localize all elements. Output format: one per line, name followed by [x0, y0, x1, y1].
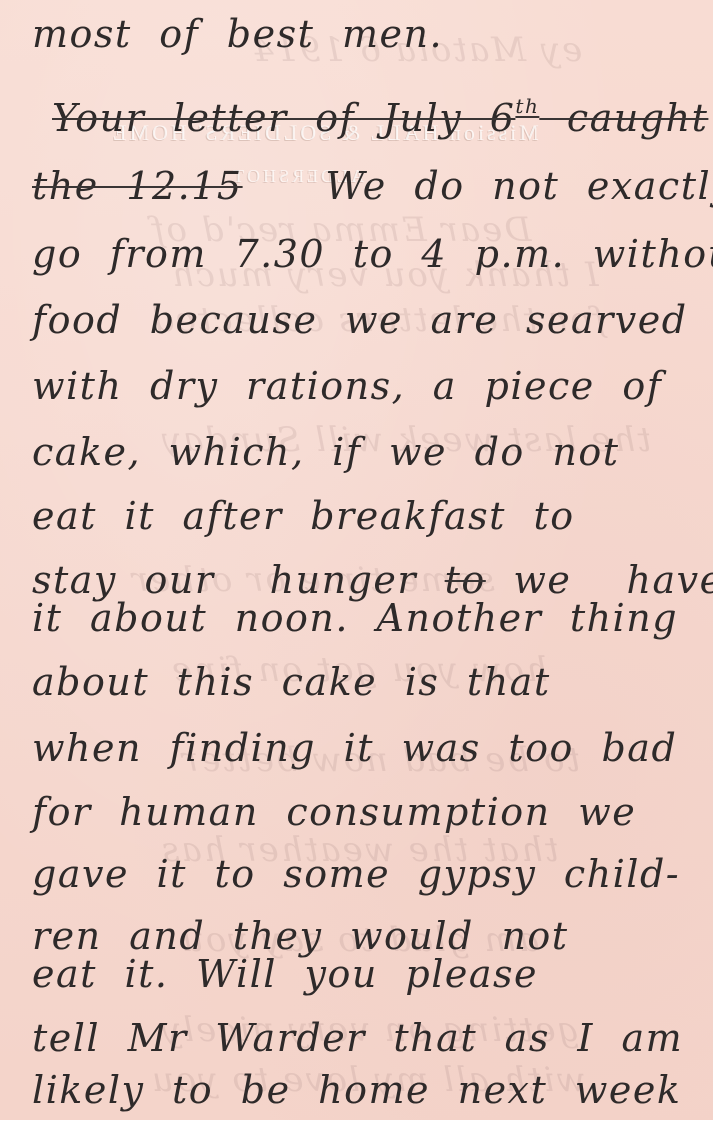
line-text: We do not exactly: [243, 164, 714, 208]
line-text: when finding it was too bad: [32, 726, 677, 770]
letter-line-7: cake, which, if we do not: [32, 430, 619, 474]
ordinal-suffix: th: [515, 94, 539, 118]
struck-words: Your letter of July 6: [52, 96, 515, 140]
line-text: eat it after breakfast to: [32, 494, 575, 538]
letter-page: ey Matola 6 1914 Dear Emma rec'd of I th…: [0, 0, 714, 1121]
letter-line-18: likely to be home next week: [32, 1068, 681, 1112]
line-text: tell Mr Warder that as I am: [32, 1016, 683, 1060]
line-text: gave it to some gypsy child-: [32, 852, 680, 896]
letter-line-2: Your letter of July 6th caught: [52, 96, 708, 140]
letter-line-14: gave it to some gypsy child-: [32, 852, 680, 896]
letter-line-6: with dry rations, a piece of: [32, 364, 662, 408]
line-text: most of best men.: [32, 12, 443, 56]
struck-words-tail: caught: [539, 96, 708, 140]
letter-line-12: when finding it was too bad: [32, 726, 677, 770]
line-text: it about noon. Another thing: [32, 596, 678, 640]
letter-line-17: tell Mr Warder that as I am: [32, 1016, 683, 1060]
struck-text: Your letter of July 6th caught: [52, 96, 708, 140]
letter-line-5: food because we are searved: [32, 298, 688, 342]
line-text: food because we are searved: [32, 298, 688, 342]
letter-line-3: the 12.15 We do not exactly: [32, 164, 714, 208]
line-text: about this cake is that: [32, 660, 551, 704]
letter-line-11: about this cake is that: [32, 660, 551, 704]
line-text: for human consumption we: [32, 790, 636, 834]
letter-line-4: go from 7.30 to 4 p.m. without: [32, 232, 714, 276]
line-text: eat it. Will you please: [32, 952, 538, 996]
line-text: likely to be home next week: [32, 1068, 681, 1112]
line-text: go from 7.30 to 4 p.m. without: [32, 232, 714, 276]
struck-text: the 12.15: [32, 164, 243, 208]
line-text: with dry rations, a piece of: [32, 364, 662, 408]
letter-line-8: eat it after breakfast to: [32, 494, 575, 538]
line-text: cake, which, if we do not: [32, 430, 619, 474]
letter-line-16: eat it. Will you please: [32, 952, 538, 996]
letter-line-1: most of best men.: [32, 12, 443, 56]
letter-line-13: for human consumption we: [32, 790, 636, 834]
letter-line-10: it about noon. Another thing: [32, 596, 678, 640]
scan-margin-bottom: [0, 1120, 720, 1127]
scan-margin-right: [713, 0, 720, 1127]
